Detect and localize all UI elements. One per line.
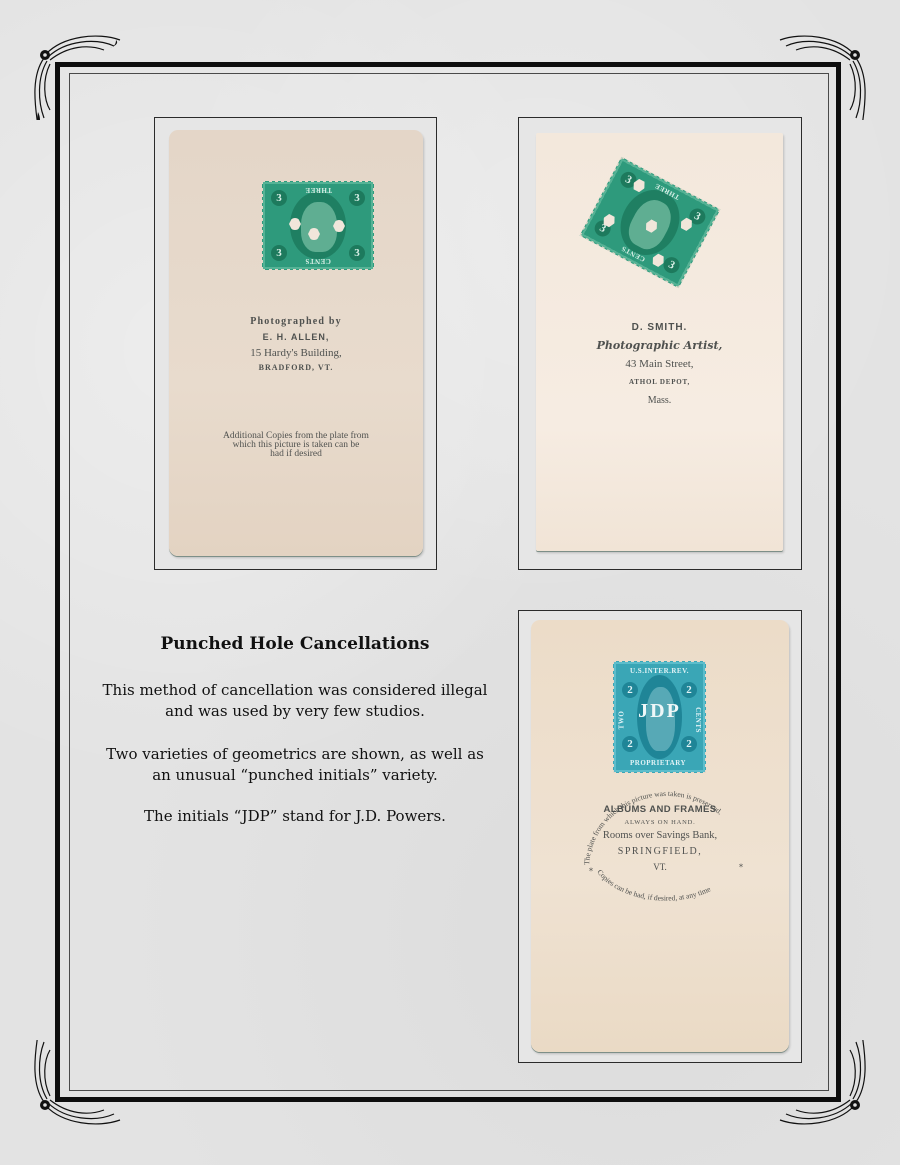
imprint-town: ATHOL DEPOT, [536, 378, 783, 386]
revenue-stamp-icon: 2 2 2 2 U.S.INTER.REV. PROPRIETARY TWO C… [613, 661, 706, 773]
imprint-title: Photographic Artist, [536, 339, 783, 352]
imprint-line: Photographed by [169, 316, 423, 327]
svg-text:Copies can be had, if desired,: Copies can be had, if desired, at any ti… [595, 868, 712, 903]
punched-initials: JDP [616, 700, 703, 723]
imprint-footer: Additional Copies from the plate from wh… [169, 432, 423, 459]
photo-card-powers: 2 2 2 2 U.S.INTER.REV. PROPRIETARY TWO C… [531, 620, 789, 1052]
imprint-address: Rooms over Savings Bank, [531, 830, 789, 841]
revenue-stamp-icon: 3 3 3 3 THREE CENTS [580, 157, 721, 288]
imprint-tagline: ALWAYS ON HAND. [531, 819, 789, 826]
description-paragraph-3: The initials “JDP” stand for J.D. Powers… [100, 806, 490, 827]
imprint-studio-name: D. SMITH. [536, 322, 783, 333]
imprint-address: 43 Main Street, [536, 358, 783, 370]
photo-card-allen: 3 3 3 3 THREE CENTS Photographed by E. H… [169, 130, 423, 556]
photo-card-smith: 3 3 3 3 THREE CENTS D. SMITH. Photograph… [536, 133, 783, 551]
imprint-address: 15 Hardy's Building, [169, 347, 423, 359]
imprint-town: SPRINGFIELD, [531, 846, 789, 857]
imprint-studio-name: E. H. ALLEN, [169, 332, 423, 342]
description-paragraph-1: This method of cancellation was consider… [100, 680, 490, 722]
imprint-state: VT. [531, 862, 789, 872]
page-title: Punched Hole Cancellations [100, 634, 490, 654]
imprint-state: Mass. [536, 395, 783, 406]
imprint-town: BRADFORD, VT. [169, 363, 423, 372]
description-paragraph-2: Two varieties of geometrics are shown, a… [100, 744, 490, 786]
revenue-stamp-icon: 3 3 3 3 THREE CENTS [262, 181, 374, 270]
imprint-studio-name: ALBUMS AND FRAMES [531, 804, 789, 815]
